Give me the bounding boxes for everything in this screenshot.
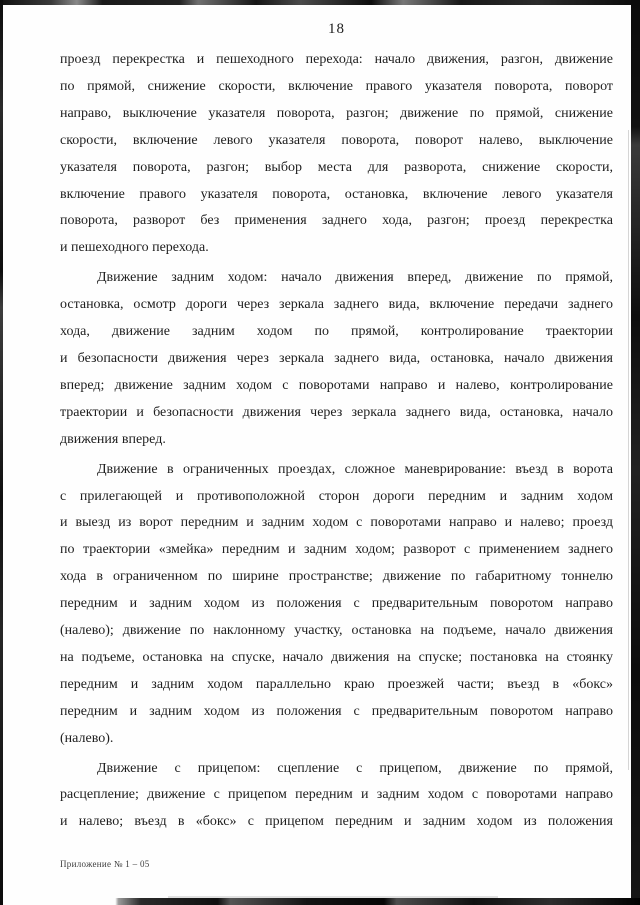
text-line: Движение в ограниченных проездах, сложно… — [60, 457, 613, 484]
scan-edge-top — [0, 0, 640, 5]
text-line: (налево); движение по наклонному участку… — [60, 618, 613, 645]
text-line: хода, движение задним ходом по прямой, к… — [60, 319, 613, 346]
text-line: указателя поворота, разгон; выбор места … — [60, 155, 613, 182]
paragraph: Движение с прицепом: сцепление с прицепо… — [60, 756, 613, 837]
paragraph: проезд перекрестка и пешеходного переход… — [60, 47, 613, 262]
text-line: проезд перекрестка и пешеходного переход… — [60, 47, 613, 74]
text-line: передним и задним ходом параллельно краю… — [60, 672, 613, 699]
text-line: включение правого указателя поворота, ос… — [60, 182, 613, 209]
text-line: с прилегающей и противоположной сторон д… — [60, 484, 613, 511]
text-line: и налево; въезд в «бокс» с прицепом пере… — [60, 809, 613, 836]
scan-edge-right-hairline — [628, 130, 629, 770]
document-body: проезд перекрестка и пешеходного переход… — [60, 47, 613, 839]
text-line: расцепление; движение с прицепом передни… — [60, 782, 613, 809]
text-line: скорости, включение левого указателя пов… — [60, 128, 613, 155]
text-line: и пешеходного перехода. — [60, 235, 613, 262]
text-line: на подъеме, остановка на спуске, начало … — [60, 645, 613, 672]
text-line: хода в ограниченном по ширине пространст… — [60, 564, 613, 591]
text-line: и безопасности движения через зеркала за… — [60, 346, 613, 373]
text-line: движения вперед. — [60, 427, 613, 454]
text-line: поворота, разворот без применения заднег… — [60, 208, 613, 235]
text-line: вперед; движение задним ходом с поворота… — [60, 373, 613, 400]
footer-annotation: Приложение № 1 – 05 — [60, 859, 150, 869]
text-line: по траектории «змейка» передним и задним… — [60, 537, 613, 564]
text-line: передним и задним ходом из положения с п… — [60, 591, 613, 618]
text-line: Движение с прицепом: сцепление с прицепо… — [60, 756, 613, 783]
paragraph: Движение в ограниченных проездах, сложно… — [60, 457, 613, 753]
text-line: направо, выключение указателя поворота, … — [60, 101, 613, 128]
scan-edge-left — [0, 0, 3, 905]
page-number: 18 — [60, 21, 613, 38]
scan-edge-bottom — [0, 898, 640, 905]
text-line: передним и задним ходом из положения с п… — [60, 699, 613, 726]
text-line: траектории и безопасности движения через… — [60, 400, 613, 427]
scan-edge-right — [631, 0, 640, 905]
text-line: и выезд из ворот передним и задним ходом… — [60, 510, 613, 537]
text-line: Движение задним ходом: начало движения в… — [60, 265, 613, 292]
text-line: остановка, осмотр дороги через зеркала з… — [60, 292, 613, 319]
text-line: (налево). — [60, 726, 613, 753]
text-line: по прямой, снижение скорости, включение … — [60, 74, 613, 101]
paragraph: Движение задним ходом: начало движения в… — [60, 265, 613, 453]
document-page: 18 проезд перекрестка и пешеходного пере… — [0, 0, 640, 905]
scan-edge-bottom-haze — [168, 896, 498, 898]
